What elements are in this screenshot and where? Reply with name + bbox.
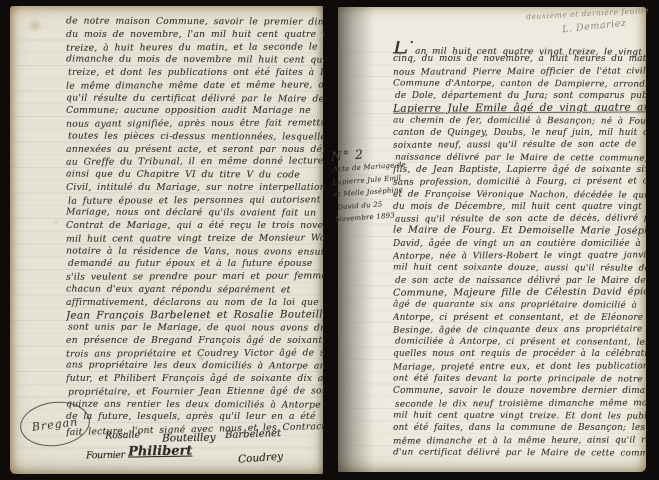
signature-rosalie: Rosalie xyxy=(105,429,140,441)
manuscript-line: Antorpe, ci présent et consentant, et de… xyxy=(393,312,646,324)
paper-stain xyxy=(24,16,46,35)
manuscript-line: le Maire de Fourg. Et Demoiselle Marie J… xyxy=(393,225,646,238)
manuscript-line: fils, de Jean Baptiste, Lapierre âgé de … xyxy=(393,164,646,176)
margin-note-acte-numero: N° 2Acte de Mariage deLapierre Jule Emil… xyxy=(330,143,411,226)
manuscript-line: naissance délivré par le Maire de cette … xyxy=(393,151,646,164)
manuscript-line: ont été faites devant la porte principal… xyxy=(393,372,646,385)
manuscript-line: ans propriétaire les deux domiciliés à A… xyxy=(66,360,324,374)
manuscript-line: qu'il résulte du certificat délivré par … xyxy=(66,92,324,106)
manuscript-line: mil huit cent quatre vingt treize de Mon… xyxy=(66,232,324,246)
manuscript-line: quinze ans rentier les deux domiciliés à… xyxy=(66,398,324,412)
manuscript-line: treize, et dont les publications ont été… xyxy=(66,67,324,80)
manuscript-line: affirmativement, déclarons au nom de la … xyxy=(66,297,324,310)
manuscript-line: Jean François Barbelenet et Rosalie Bout… xyxy=(66,309,324,323)
manuscript-line: futur, et Philibert François âgé de soix… xyxy=(66,373,324,386)
left-page: de notre maison Commune, savoir le premi… xyxy=(10,6,323,474)
manuscript-line: canton de Quingey, Doubs, le neuf juin, … xyxy=(393,127,646,139)
manuscript-line: Commune d'Antorpe, canton de Dampierre, … xyxy=(393,77,646,90)
manuscript-line: toutes les pièces ci-dessus mentionnées,… xyxy=(66,130,324,144)
manuscript-line: en présence de Bregand François âgé de s… xyxy=(66,335,324,348)
manuscript-line: nous ayant signifiée, après nous être fa… xyxy=(66,117,324,131)
signature-fournier: Fournier xyxy=(86,450,125,462)
manuscript-line: du mois de Décembre, mil huit cent quatr… xyxy=(393,201,646,213)
signature-barbelenet: Barbelenet xyxy=(225,428,281,441)
manuscript-line: et de Françoise Véronique Nachon, décédé… xyxy=(393,188,646,201)
manuscript-line: L'an mil huit cent quatre vingt treize, … xyxy=(393,41,646,54)
manuscript-line: annexées au présent acte, et seront par … xyxy=(66,144,324,157)
right-manuscript-text: L'an mil huit cent quatre vingt treize, … xyxy=(393,41,646,459)
manuscript-line: domiciliée à Antorpe, ci présent et cons… xyxy=(393,336,646,349)
manuscript-line: ont été faites, dans la commune de Besan… xyxy=(393,422,646,434)
manuscript-line: d'un certificat délivré par le Maire de … xyxy=(393,446,646,459)
signature-coudrey: Coudrey xyxy=(238,450,284,465)
manuscript-line: seconde le dix neuf troisième dimanche m… xyxy=(393,397,646,411)
manuscript-line: Commune; aucune opposition audit Mariage… xyxy=(66,105,324,118)
signature-philibert: Philibert xyxy=(128,443,193,459)
manuscript-line: propriétaire, et Fournier Jean Etienne â… xyxy=(66,385,324,399)
manuscript-line: même dimanche et à la même heure, ainsi … xyxy=(393,434,646,448)
manuscript-line: soixante neuf, aussi qu'il résulte de so… xyxy=(393,139,646,153)
manuscript-line: au chemin de fer, domicilié à Besançon; … xyxy=(393,114,646,127)
paper-stain xyxy=(52,218,61,226)
manuscript-line: mil huit cent quatre vingt treize. Et do… xyxy=(393,409,646,422)
manuscript-line: demandé au futur époux et à la future ép… xyxy=(66,258,324,271)
manuscript-line: au Greffe du Tribunal, il en même donné … xyxy=(66,156,324,170)
manuscript-line: sont unis par le Mariage, de quoi nous a… xyxy=(66,321,324,335)
manuscript-line: Civil, intitulé du Mariage, sur notre in… xyxy=(66,182,324,195)
manuscript-line: âgé de quarante six ans propriétaire dom… xyxy=(393,299,646,312)
manuscript-line: Lapierre Jule Emile âgé de vingt quatre … xyxy=(393,102,646,116)
manuscript-line: s'ils veulent se prendre pour mari et po… xyxy=(66,270,324,284)
manuscript-line: du mois de novembre, l'an mil huit cent … xyxy=(66,29,324,42)
manuscript-line: nous Mautrand Pierre Maire officier de l… xyxy=(393,65,646,79)
manuscript-line: David, âgée de vingt un an coutière domi… xyxy=(393,238,646,250)
manuscript-line: dimanche du mois de novembre mil huit ce… xyxy=(66,54,324,68)
manuscript-line: Contrat de Mariage, qui a été reçu le tr… xyxy=(66,220,324,233)
document-scan: de notre maison Commune, savoir le premi… xyxy=(0,0,659,480)
manuscript-line: de notre maison Commune, savoir le premi… xyxy=(66,16,324,29)
manuscript-line: mil huit cent soixante douze, aussi qu'i… xyxy=(393,262,646,275)
manuscript-line: le même dimanche même date et même heure… xyxy=(66,79,324,93)
manuscript-line: Mariage, nous ont déclaré qu'ils avaient… xyxy=(66,207,324,221)
left-manuscript-text: de notre maison Commune, savoir le premi… xyxy=(66,16,324,437)
manuscript-line: Commune, savoir le douze novembre dernie… xyxy=(393,385,646,397)
manuscript-line: de son acte de naissance délivré par le … xyxy=(393,275,646,287)
right-page: L'an mil huit cent quatre vingt treize, … xyxy=(338,7,646,472)
manuscript-line: notaire à la résidence de Vans, nous avo… xyxy=(66,245,324,259)
manuscript-line: quelles nous ont requis de procéder à la… xyxy=(393,348,646,360)
manuscript-line: sans profession, domicilié à Fourg, ci p… xyxy=(393,176,646,190)
manuscript-line: ainsi que du Chapitre VI du titre V du c… xyxy=(66,168,324,182)
manuscript-line: chacun d'eux ayant répondu séparément et xyxy=(66,283,324,297)
